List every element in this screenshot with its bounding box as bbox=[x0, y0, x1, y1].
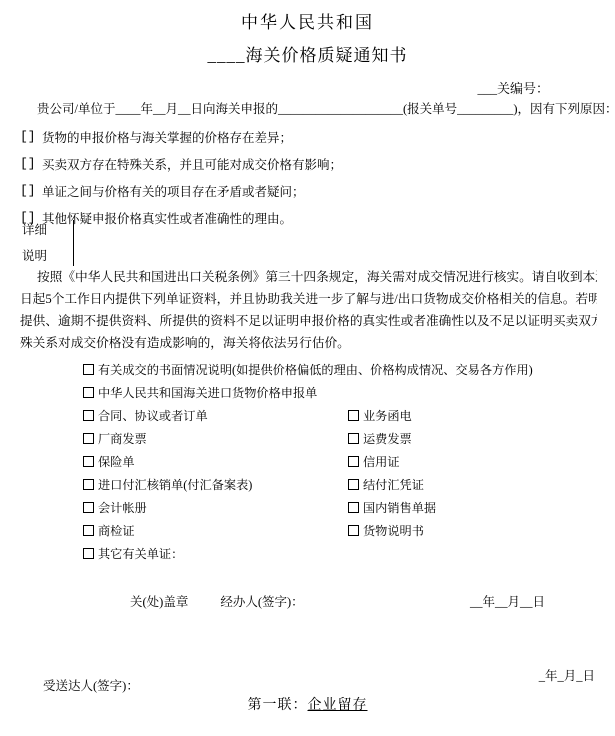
checkbox-icon[interactable] bbox=[83, 433, 94, 444]
doc-label: 结付汇凭证 bbox=[363, 476, 424, 493]
detail-divider-line bbox=[73, 220, 74, 266]
country-title: 中华人民共和国 bbox=[0, 8, 615, 33]
checkbox-icon[interactable] bbox=[83, 456, 94, 467]
checkbox-icon[interactable] bbox=[348, 525, 359, 536]
reason-list: [] 货物的申报价格与海关掌握的价格存在差异； [] 买卖双方存在特殊关系，并且… bbox=[20, 123, 597, 231]
doc-label: 货物说明书 bbox=[363, 522, 424, 539]
doc-label: 有关成交的书面情况说明(如提供价格偏低的理由、价格构成情况、交易各方作用) bbox=[98, 361, 533, 378]
checkbox-icon[interactable] bbox=[83, 410, 94, 421]
doc-label: 保险单 bbox=[98, 453, 135, 470]
doc-label: 中华人民共和国海关进口货物价格申报单 bbox=[98, 384, 317, 401]
form-title: ____海关价格质疑通知书 bbox=[0, 41, 615, 66]
copy-name: 企业留存 bbox=[308, 698, 368, 713]
checkbox-icon[interactable] bbox=[83, 479, 94, 490]
doc-label: 进口付汇核销单(付汇备案表) bbox=[98, 476, 252, 493]
copy-designation: 第一联：企业留存 bbox=[0, 694, 615, 714]
doc-row: 会计帐册 国内销售单据 bbox=[83, 496, 597, 519]
doc-label: 业务函电 bbox=[363, 407, 412, 424]
notice-line: 日起5个工作日内提供下列单证资料，并且协助我关进一步了解与进/出口货物成交价格相… bbox=[20, 288, 597, 310]
handler-signature-field[interactable]: 经办人(签字)： bbox=[220, 592, 303, 610]
doc-row-other: 其它有关单证： bbox=[83, 542, 597, 565]
customs-price-inquiry-notice: 中华人民共和国 ____海关价格质疑通知书 ___关编号： 贵公司/单位于___… bbox=[0, 0, 615, 736]
reason-label: 其他怀疑申报价格真实性或者准确性的理由。 bbox=[42, 209, 292, 227]
doc-row: 厂商发票 运费发票 bbox=[83, 427, 597, 450]
checkbox-icon[interactable] bbox=[83, 548, 94, 559]
notice-line: 殊关系对成交价格没有造成影响的，海关将依法另行估价。 bbox=[20, 332, 597, 354]
doc-label: 厂商发票 bbox=[98, 430, 147, 447]
checkbox-bracket-icon[interactable]: [] bbox=[20, 156, 42, 171]
signature-row: 关(处)盖章 经办人(签字)： __年__月__日 bbox=[20, 592, 595, 610]
doc-label: 国内销售单据 bbox=[363, 499, 436, 516]
checkbox-icon[interactable] bbox=[348, 410, 359, 421]
doc-row: 中华人民共和国海关进口货物价格申报单 bbox=[83, 381, 597, 404]
doc-row: 商检证 货物说明书 bbox=[83, 519, 597, 542]
recipient-row: 受送达人(签字)： _年_月_日 bbox=[20, 664, 595, 696]
checkbox-icon[interactable] bbox=[348, 479, 359, 490]
date-blank-field[interactable]: __年__月__日 bbox=[470, 592, 545, 610]
doc-label: 商检证 bbox=[98, 522, 135, 539]
date-blank-field[interactable]: _年_月_日 bbox=[539, 666, 595, 684]
checkbox-bracket-icon[interactable]: [] bbox=[20, 129, 42, 144]
detail-label-top: 详细 bbox=[22, 217, 47, 243]
reason-row: [] 单证之间与价格有关的项目存在矛盾或者疑问； bbox=[20, 177, 597, 204]
doc-label: 运费发票 bbox=[363, 430, 412, 447]
reason-label: 货物的申报价格与海关掌握的价格存在差异； bbox=[42, 128, 292, 146]
notice-line: 按照《中华人民共和国进出口关税条例》第三十四条规定，海关需对成交情况进行核实。请… bbox=[20, 266, 597, 288]
doc-row: 合同、协议或者订单 业务函电 bbox=[83, 404, 597, 427]
checkbox-icon[interactable] bbox=[83, 364, 94, 375]
doc-label: 会计帐册 bbox=[98, 499, 147, 516]
recipient-signature-field[interactable]: 受送达人(签字)： bbox=[43, 676, 139, 694]
reason-row: [] 货物的申报价格与海关掌握的价格存在差异； bbox=[20, 123, 597, 150]
reason-row: [] 其他怀疑申报价格真实性或者准确性的理由。 bbox=[20, 204, 597, 231]
ref-number-field[interactable]: ___关编号： bbox=[477, 78, 549, 97]
checkbox-bracket-icon[interactable]: [] bbox=[20, 183, 42, 198]
doc-label: 信用证 bbox=[363, 453, 400, 470]
checkbox-icon[interactable] bbox=[348, 502, 359, 513]
doc-label: 合同、协议或者订单 bbox=[98, 407, 208, 424]
checkbox-icon[interactable] bbox=[83, 387, 94, 398]
notice-line: 提供、逾期不提供资料、所提供的资料不足以证明申报价格的真实性或者准确性以及不足以… bbox=[20, 310, 597, 332]
document-checklist: 有关成交的书面情况说明(如提供价格偏低的理由、价格构成情况、交易各方作用) 中华… bbox=[83, 358, 597, 565]
doc-row: 有关成交的书面情况说明(如提供价格偏低的理由、价格构成情况、交易各方作用) bbox=[83, 358, 597, 381]
intro-line: 贵公司/单位于____年__月__日向海关申报的________________… bbox=[20, 99, 597, 117]
reason-label: 单证之间与价格有关的项目存在矛盾或者疑问； bbox=[42, 182, 305, 200]
doc-row: 进口付汇核销单(付汇备案表) 结付汇凭证 bbox=[83, 473, 597, 496]
copy-prefix: 第一联： bbox=[248, 698, 308, 713]
checkbox-icon[interactable] bbox=[83, 525, 94, 536]
reason-label: 买卖双方存在特殊关系，并且可能对成交价格有影响； bbox=[42, 155, 342, 173]
doc-row: 保险单 信用证 bbox=[83, 450, 597, 473]
doc-label: 其它有关单证： bbox=[98, 545, 183, 562]
checkbox-icon[interactable] bbox=[348, 433, 359, 444]
checkbox-icon[interactable] bbox=[348, 456, 359, 467]
detail-note-label: 详细 说明 bbox=[22, 217, 47, 269]
notice-paragraph: 按照《中华人民共和国进出口关税条例》第三十四条规定，海关需对成交情况进行核实。请… bbox=[20, 266, 597, 354]
seal-label: 关(处)盖章 bbox=[130, 592, 188, 610]
checkbox-icon[interactable] bbox=[83, 502, 94, 513]
reason-row: [] 买卖双方存在特殊关系，并且可能对成交价格有影响； bbox=[20, 150, 597, 177]
